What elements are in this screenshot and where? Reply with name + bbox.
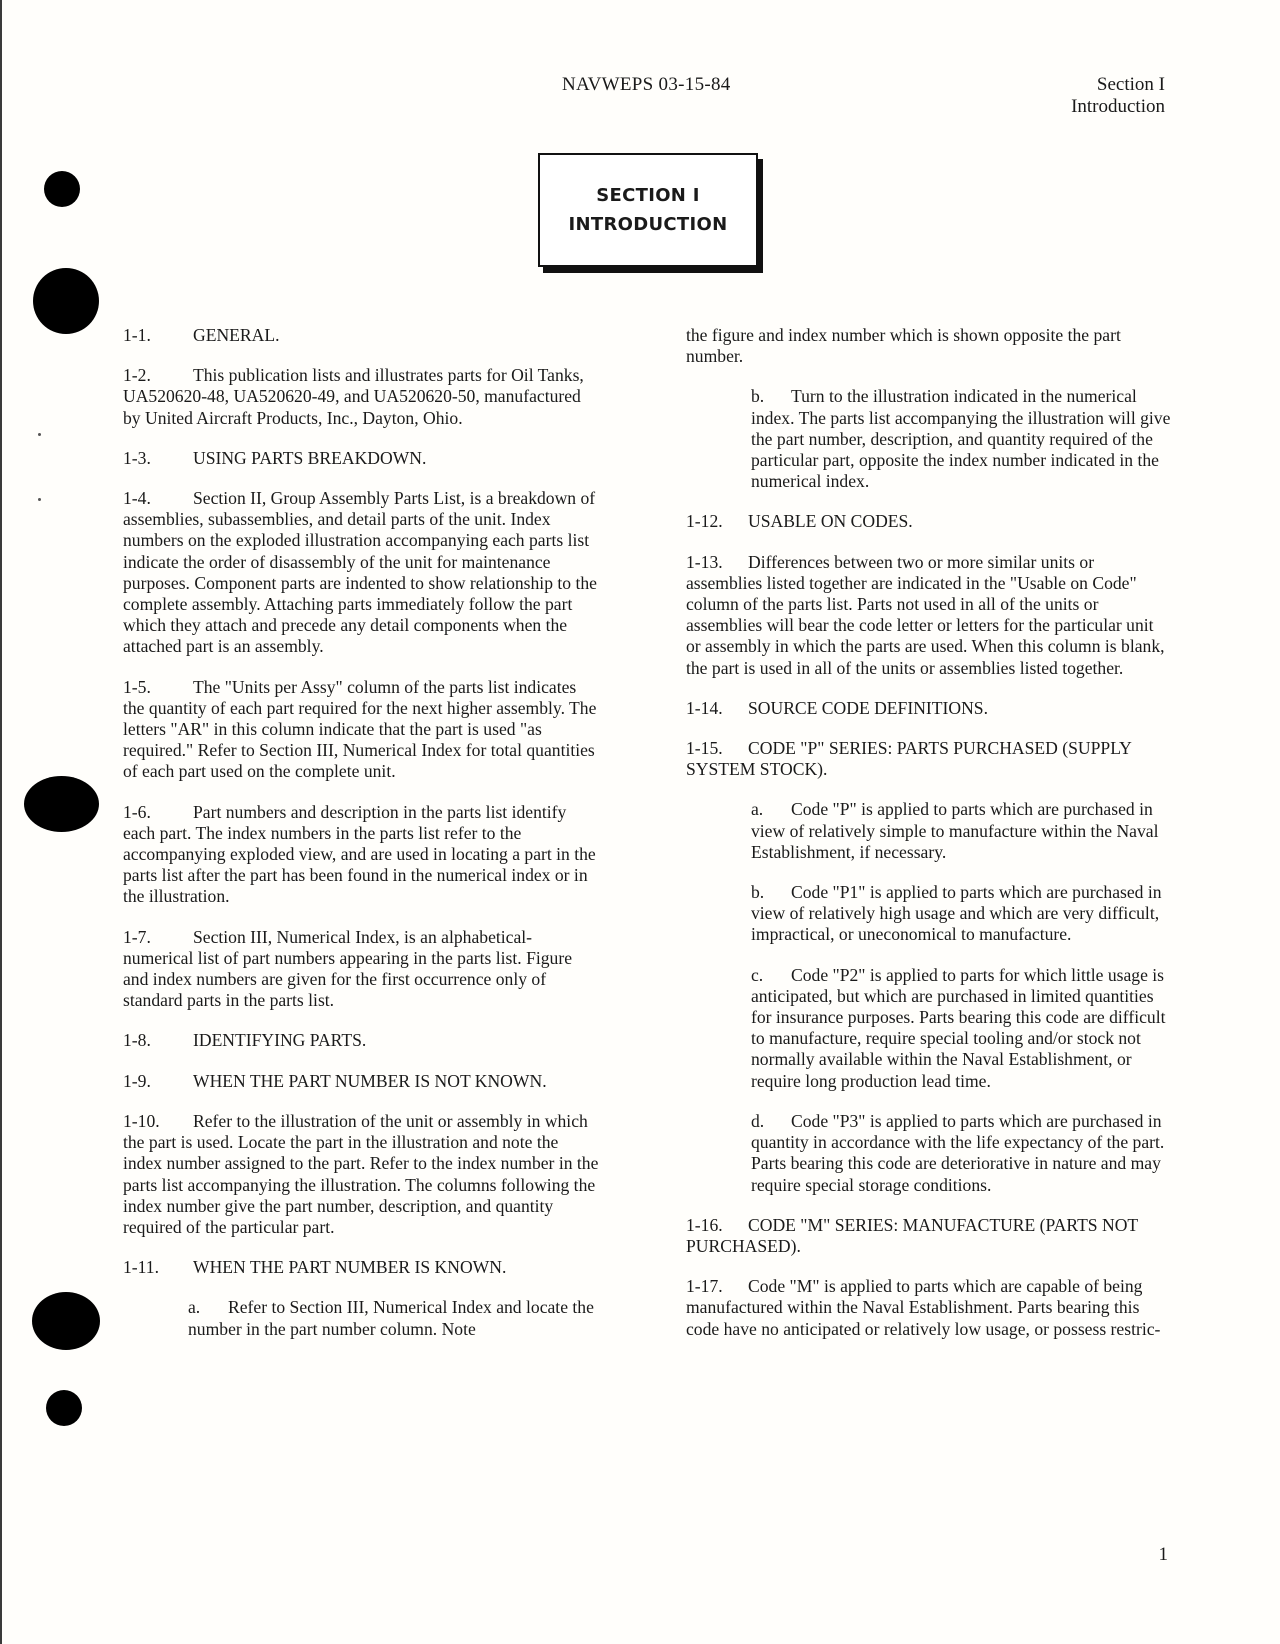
- right-column: the figure and index number which is sho…: [686, 325, 1171, 1359]
- paragraph: a.Code "P" is applied to parts which are…: [686, 799, 1171, 863]
- paragraph-number: d.: [751, 1111, 791, 1132]
- paragraph-text: Section II, Group Assembly Parts List, i…: [123, 488, 597, 656]
- paragraph-number: 1-3.: [123, 448, 193, 469]
- paragraph-number: 1-2.: [123, 365, 193, 386]
- page-edge: [0, 0, 2, 1644]
- paragraph: a.Refer to Section III, Numerical Index …: [123, 1297, 601, 1339]
- paragraph-number: a.: [751, 799, 791, 820]
- paragraph-number: b.: [751, 386, 791, 407]
- paragraph: the figure and index number which is sho…: [686, 325, 1171, 367]
- paragraph-text: Code "P2" is applied to parts for which …: [751, 965, 1165, 1091]
- paragraph: 1-8.IDENTIFYING PARTS.: [123, 1030, 601, 1051]
- running-header: Section I Introduction: [1071, 74, 1165, 118]
- paragraph: 1-1.GENERAL.: [123, 325, 601, 346]
- paragraph: 1-14.SOURCE CODE DEFINITIONS.: [686, 698, 1171, 719]
- paragraph: 1-7.Section III, Numerical Index, is an …: [123, 927, 601, 1012]
- paragraph-text: This publication lists and illustrates p…: [123, 365, 584, 427]
- paragraph: 1-12.USABLE ON CODES.: [686, 511, 1171, 532]
- left-column: 1-1.GENERAL.1-2.This publication lists a…: [123, 325, 601, 1359]
- paragraph: d.Code "P3" is applied to parts which ar…: [686, 1111, 1171, 1196]
- paragraph: 1-11.WHEN THE PART NUMBER IS KNOWN.: [123, 1257, 601, 1278]
- paragraph-text: CODE "M" SERIES: MANUFACTURE (PARTS NOT …: [686, 1215, 1138, 1256]
- paragraph: 1-9.WHEN THE PART NUMBER IS NOT KNOWN.: [123, 1071, 601, 1092]
- punch-hole: [33, 268, 99, 334]
- paragraph-number: 1-17.: [686, 1276, 748, 1297]
- section-title-box: SECTION I INTRODUCTION: [538, 153, 758, 267]
- paragraph-number: 1-6.: [123, 802, 193, 823]
- paragraph-text: GENERAL.: [193, 325, 280, 345]
- punch-hole: [44, 171, 80, 207]
- paragraph-number: 1-8.: [123, 1030, 193, 1051]
- paragraph-number: b.: [751, 882, 791, 903]
- paragraph-number: 1-16.: [686, 1215, 748, 1236]
- punch-hole: [24, 776, 99, 832]
- paragraph-number: 1-11.: [123, 1257, 193, 1278]
- paragraph-text: Differences between two or more similar …: [686, 552, 1165, 678]
- paragraph-text: Code "P3" is applied to parts which are …: [751, 1111, 1164, 1195]
- page-number: 1: [1159, 1544, 1169, 1566]
- paragraph-text: Refer to Section III, Numerical Index an…: [188, 1297, 594, 1338]
- running-header-title: Introduction: [1071, 96, 1165, 118]
- paragraph: 1-13.Differences between two or more sim…: [686, 552, 1171, 679]
- paragraph-number: c.: [751, 965, 791, 986]
- paragraph-text: The "Units per Assy" column of the parts…: [123, 677, 596, 782]
- paragraph-number: 1-10.: [123, 1111, 193, 1132]
- paragraph-text: the figure and index number which is sho…: [686, 325, 1121, 366]
- paragraph-text: Code "M" is applied to parts which are c…: [686, 1276, 1160, 1338]
- document-number: NAVWEPS 03-15-84: [562, 74, 731, 96]
- paragraph-number: 1-1.: [123, 325, 193, 346]
- paragraph-number: 1-7.: [123, 927, 193, 948]
- paragraph-text: CODE "P" SERIES: PARTS PURCHASED (SUPPLY…: [686, 738, 1131, 779]
- paragraph-number: 1-13.: [686, 552, 748, 573]
- paragraph: b.Code "P1" is applied to parts which ar…: [686, 882, 1171, 946]
- paragraph-text: Part numbers and description in the part…: [123, 802, 596, 907]
- section-number: SECTION I: [596, 181, 699, 210]
- paragraph-number: 1-5.: [123, 677, 193, 698]
- paragraph-number: a.: [188, 1297, 228, 1318]
- paragraph: 1-4.Section II, Group Assembly Parts Lis…: [123, 488, 601, 658]
- paragraph: 1-10.Refer to the illustration of the un…: [123, 1111, 601, 1238]
- paragraph-text: Refer to the illustration of the unit or…: [123, 1111, 598, 1237]
- paragraph: 1-17.Code "M" is applied to parts which …: [686, 1276, 1171, 1340]
- paragraph-text: IDENTIFYING PARTS.: [193, 1030, 366, 1050]
- paragraph-number: 1-15.: [686, 738, 748, 759]
- paragraph-number: 1-14.: [686, 698, 748, 719]
- paragraph: 1-16.CODE "M" SERIES: MANUFACTURE (PARTS…: [686, 1215, 1171, 1257]
- running-header-section: Section I: [1071, 74, 1165, 96]
- paragraph: b.Turn to the illustration indicated in …: [686, 386, 1171, 492]
- paragraph: 1-6.Part numbers and description in the …: [123, 802, 601, 908]
- paragraph-text: SOURCE CODE DEFINITIONS.: [748, 698, 988, 718]
- paragraph-number: 1-12.: [686, 511, 748, 532]
- paragraph-number: 1-9.: [123, 1071, 193, 1092]
- paragraph: c.Code "P2" is applied to parts for whic…: [686, 965, 1171, 1092]
- paragraph-number: 1-4.: [123, 488, 193, 509]
- paragraph: 1-3.USING PARTS BREAKDOWN.: [123, 448, 601, 469]
- scan-speck: [38, 433, 41, 436]
- paragraph-text: Code "P" is applied to parts which are p…: [751, 799, 1158, 861]
- scan-speck: [38, 498, 41, 501]
- paragraph-text: Turn to the illustration indicated in th…: [751, 386, 1170, 491]
- paragraph: 1-2.This publication lists and illustrat…: [123, 365, 601, 429]
- section-title: INTRODUCTION: [569, 210, 728, 239]
- paragraph: 1-15.CODE "P" SERIES: PARTS PURCHASED (S…: [686, 738, 1171, 780]
- punch-hole: [46, 1390, 82, 1426]
- paragraph: 1-5.The "Units per Assy" column of the p…: [123, 677, 601, 783]
- paragraph-text: USABLE ON CODES.: [748, 511, 913, 531]
- punch-hole: [32, 1292, 100, 1350]
- paragraph-text: USING PARTS BREAKDOWN.: [193, 448, 426, 468]
- paragraph-text: WHEN THE PART NUMBER IS KNOWN.: [193, 1257, 506, 1277]
- paragraph-text: Code "P1" is applied to parts which are …: [751, 882, 1162, 944]
- paragraph-text: WHEN THE PART NUMBER IS NOT KNOWN.: [193, 1071, 547, 1091]
